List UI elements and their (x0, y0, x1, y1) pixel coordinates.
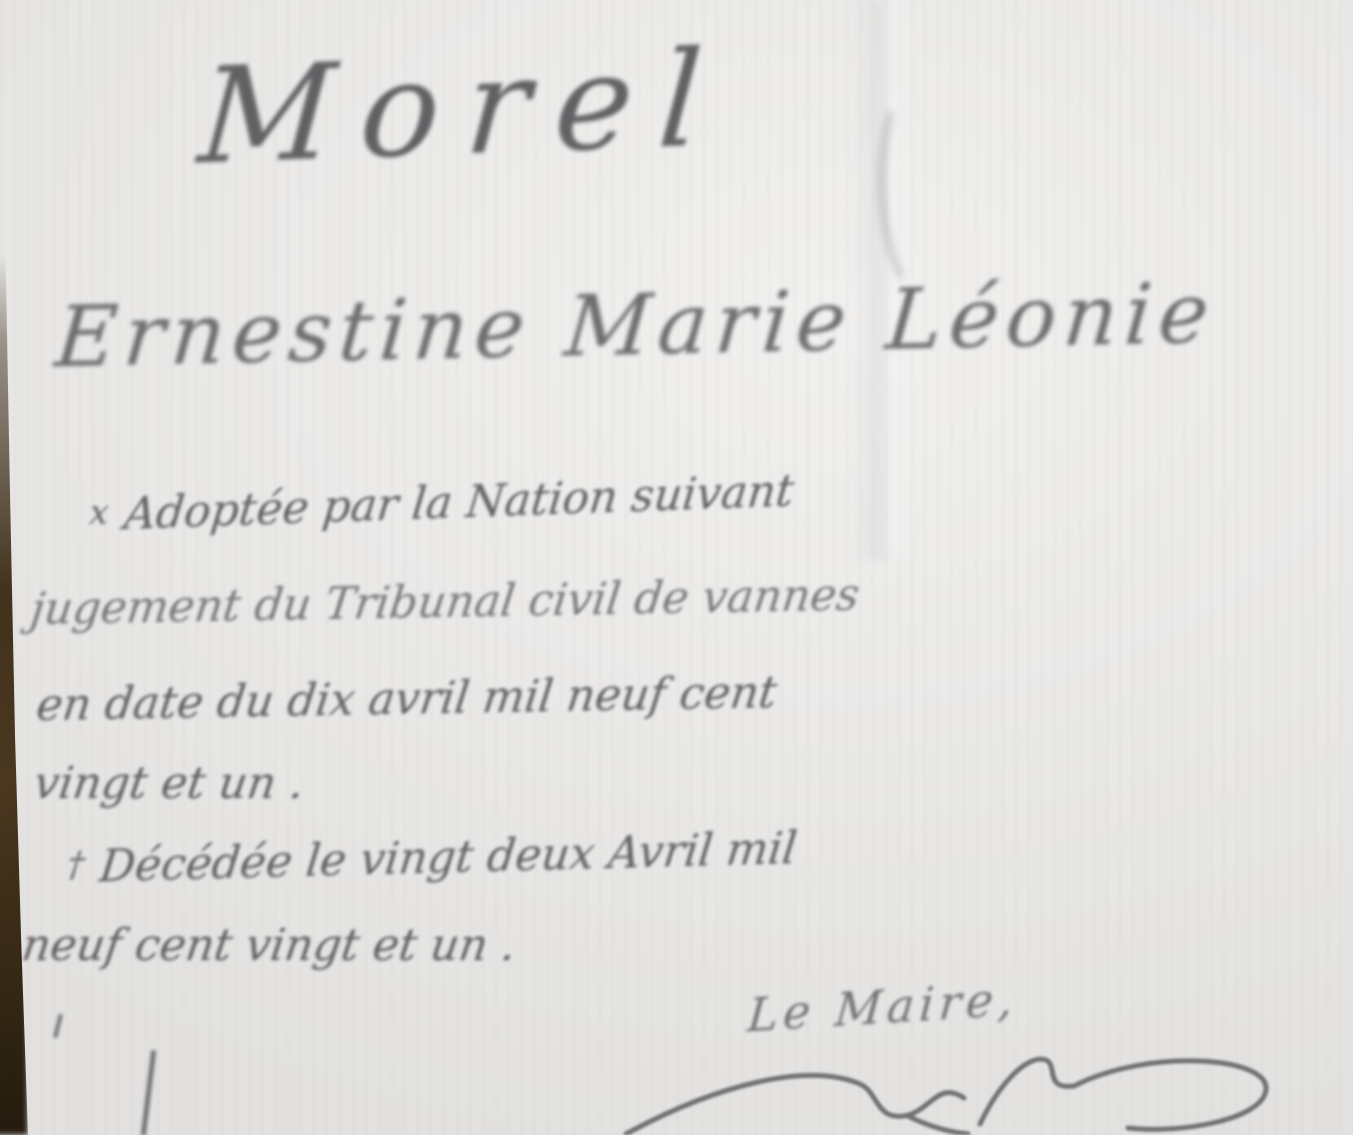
mayor-caption: Le Maire, (746, 971, 1020, 1042)
book-binding-edge (0, 255, 28, 1135)
cutoff-pen-stroke (141, 1050, 156, 1135)
adoption-note-text: Adoptée par la Nation suivant (122, 465, 796, 540)
adoption-note-line: en date du dix avril mil neuf cent (34, 667, 780, 731)
ink-bleedthrough-stroke (820, 110, 960, 280)
mayor-signature-flourish (608, 1046, 1298, 1135)
registry-page-scan: Morel Ernestine Marie Léonie xAdoptée pa… (0, 0, 1353, 1135)
adoption-note-marker: x (87, 492, 110, 533)
page-surname: Morel (194, 22, 733, 195)
page-given-names: Ernestine Marie Léonie (52, 264, 1220, 386)
death-note-line: neuf cent vingt et un . (19, 920, 519, 971)
cutoff-pen-stroke (53, 1014, 63, 1038)
death-note-marker: † (65, 845, 87, 886)
adoption-note-line: xAdoptée par la Nation suivant (87, 465, 797, 541)
death-note-text: Décédée le vingt deux Avril mil (97, 823, 799, 892)
death-note-line: †Décédée le vingt deux Avril mil (64, 823, 799, 893)
adoption-note-line: vingt et un . (31, 758, 308, 809)
adoption-note-line: jugement du Tribunal civil de vannes (28, 570, 862, 636)
